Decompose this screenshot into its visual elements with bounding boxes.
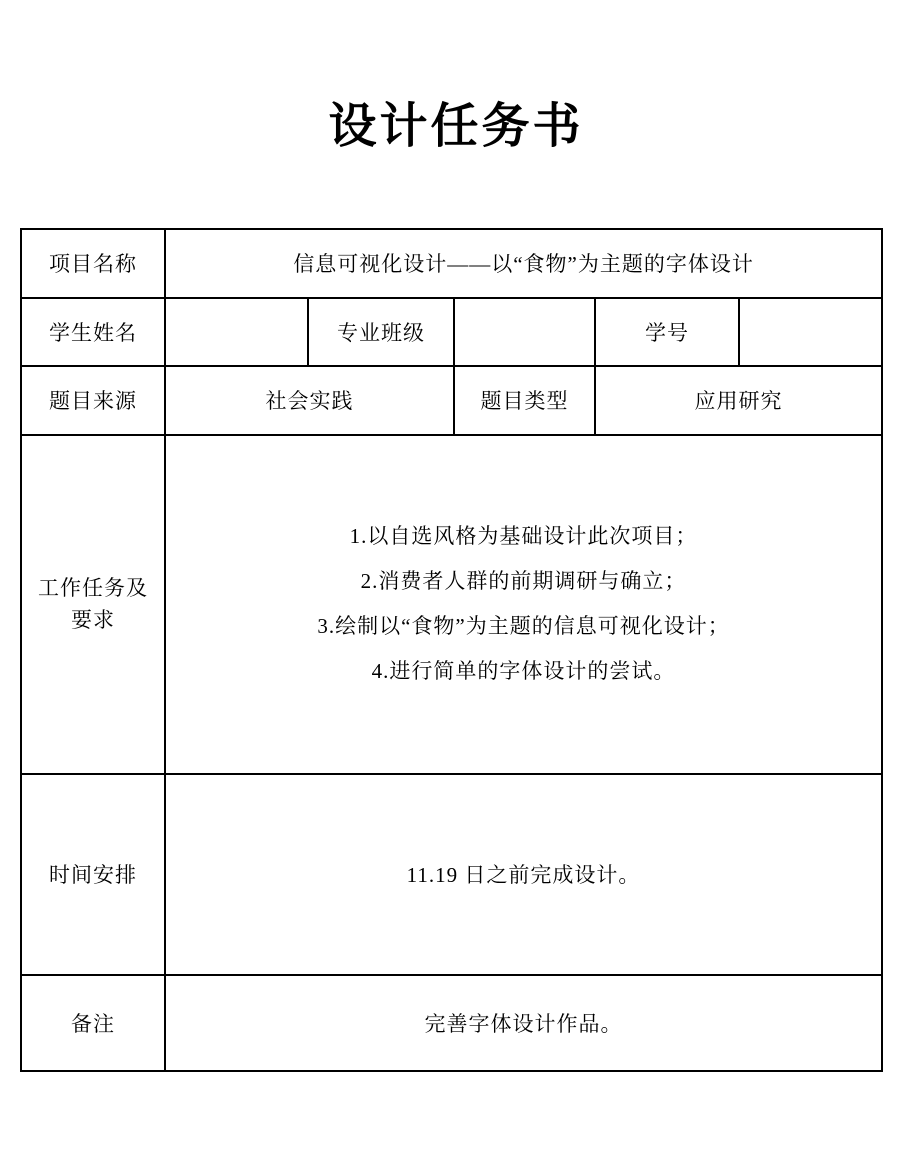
page-title: 设计任务书 bbox=[0, 0, 912, 156]
topic-type-label: 题目类型 bbox=[454, 366, 595, 435]
remarks-value: 完善字体设计作品。 bbox=[165, 975, 882, 1071]
table-row-tasks: 工作任务及要求 1.以自选风格为基础设计此次项目；2.消费者人群的前期调研与确立… bbox=[21, 435, 882, 774]
table-row-schedule: 时间安排 11.19 日之前完成设计。 bbox=[21, 774, 882, 975]
task-item: 3.绘制以“食物”为主题的信息可视化设计； bbox=[166, 604, 881, 649]
class-label: 专业班级 bbox=[308, 298, 454, 366]
schedule-label: 时间安排 bbox=[21, 774, 165, 975]
student-name-value bbox=[165, 298, 308, 366]
project-name-label: 项目名称 bbox=[21, 229, 165, 298]
table-row-project: 项目名称 信息可视化设计——以“食物”为主题的字体设计 bbox=[21, 229, 882, 298]
table-row-remarks: 备注 完善字体设计作品。 bbox=[21, 975, 882, 1071]
topic-source-label: 题目来源 bbox=[21, 366, 165, 435]
task-item: 1.以自选风格为基础设计此次项目； bbox=[166, 514, 881, 559]
student-id-value bbox=[739, 298, 882, 366]
tasks-label: 工作任务及要求 bbox=[36, 572, 150, 637]
table-row-topic: 题目来源 社会实践 题目类型 应用研究 bbox=[21, 366, 882, 435]
document-page: 设计任务书 项目名称 信息可视化设计——以“食物”为主题的字体设计 学生姓名 专… bbox=[0, 0, 912, 1168]
tasks-list: 1.以自选风格为基础设计此次项目；2.消费者人群的前期调研与确立；3.绘制以“食… bbox=[165, 435, 882, 774]
topic-type-value: 应用研究 bbox=[595, 366, 882, 435]
project-name-value: 信息可视化设计——以“食物”为主题的字体设计 bbox=[165, 229, 882, 298]
task-item: 4.进行简单的字体设计的尝试。 bbox=[166, 649, 881, 694]
table-row-student: 学生姓名 专业班级 学号 bbox=[21, 298, 882, 366]
remarks-label: 备注 bbox=[21, 975, 165, 1071]
class-value bbox=[454, 298, 595, 366]
task-item: 2.消费者人群的前期调研与确立； bbox=[166, 559, 881, 604]
student-name-label: 学生姓名 bbox=[21, 298, 165, 366]
topic-source-value: 社会实践 bbox=[165, 366, 454, 435]
student-id-label: 学号 bbox=[595, 298, 739, 366]
task-form-table: 项目名称 信息可视化设计——以“食物”为主题的字体设计 学生姓名 专业班级 学号… bbox=[20, 228, 883, 1072]
schedule-value: 11.19 日之前完成设计。 bbox=[165, 774, 882, 975]
